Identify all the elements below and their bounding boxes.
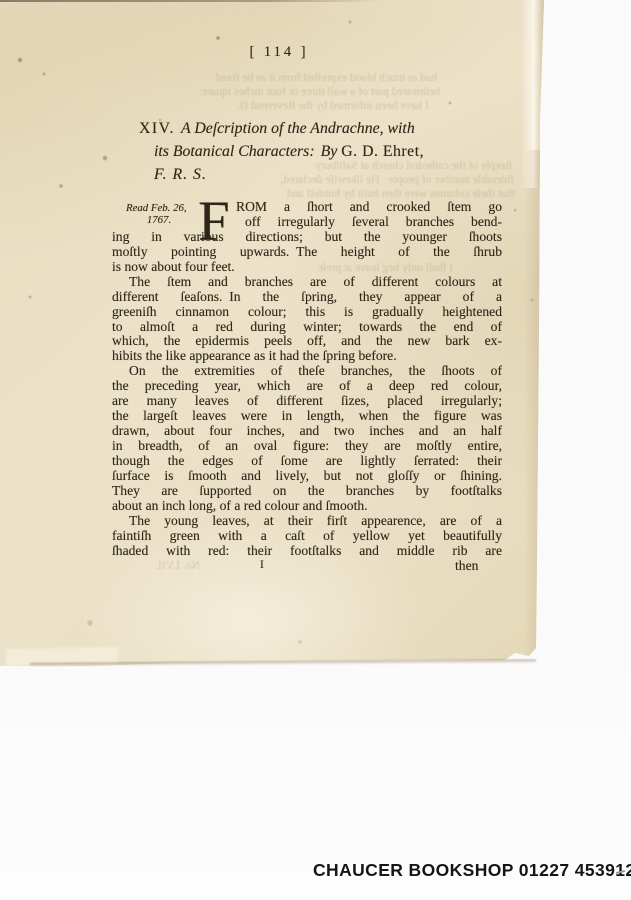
text-line: ſurface is ſmooth and lively, but not gl… bbox=[112, 469, 502, 484]
text-line: On the extremities of theſe branches, th… bbox=[112, 364, 502, 379]
bookshop-stamp: CHAUCER BOOKSHOP 01227 453912 bbox=[313, 860, 631, 881]
bleedthrough-line: fiderable number of people. He likewiſe … bbox=[252, 173, 514, 186]
heading-title-part-2: its Botanical Characters: bbox=[154, 143, 315, 160]
text-line: in breadth, of an oval figure: they are … bbox=[112, 439, 502, 454]
text-line: to almoſt a red during winter; towards t… bbox=[112, 320, 502, 335]
bleedthrough-line: beſmeared part of a wall three or four i… bbox=[188, 85, 440, 98]
text-line: different ſeaſons. In the ſpring, they a… bbox=[112, 290, 502, 305]
text-line: which, the epidermis peels off, and the … bbox=[112, 334, 502, 349]
text-line: drawn, about four inches, and two inches… bbox=[112, 424, 502, 439]
signature-mark: I bbox=[260, 559, 264, 571]
text-line: They are ſupported on the branches by fo… bbox=[112, 484, 502, 499]
heading-numeral: XIV. bbox=[139, 120, 175, 137]
bleedthrough-line: had as much blood expreſſed from it as b… bbox=[205, 71, 437, 84]
body-paragraph-1: ROM a ſhort and crooked ſtem gooff irreg… bbox=[112, 200, 502, 275]
body-paragraph-2: The ſtem and branches are of different c… bbox=[112, 275, 502, 365]
text-line: hibits the like appearance as it had the… bbox=[112, 349, 502, 364]
heading-author: G. D. Ehret, bbox=[341, 143, 424, 160]
text-line: ROM a ſhort and crooked ſtem go bbox=[112, 200, 502, 215]
text-line: is now about four feet. bbox=[112, 260, 502, 275]
text-line: moſtly pointing upwards. The height of t… bbox=[112, 245, 502, 260]
body-paragraph-3: On the extremities of theſe branches, th… bbox=[112, 364, 502, 513]
article-heading-line-3: F. R. S. bbox=[154, 166, 207, 184]
top-edge-shadow bbox=[0, 0, 380, 2]
text-line: though the edges of ſome are lightly ſer… bbox=[112, 454, 502, 469]
catchword: then bbox=[455, 558, 478, 574]
article-body: ROM a ſhort and crooked ſtem gooff irreg… bbox=[112, 200, 502, 559]
text-line: are many leaves of different ſizes, plac… bbox=[112, 394, 502, 409]
scanned-page: had as much blood expreſſed from it as b… bbox=[0, 0, 631, 900]
text-line: the preceding year, which are of a deep … bbox=[112, 379, 502, 394]
bleedthrough-line: No. LVII. bbox=[138, 559, 200, 572]
text-line: off irregularly ſeveral branches bend- bbox=[112, 215, 502, 230]
text-line: greeniſh cinnamon colour; this is gradua… bbox=[112, 305, 502, 320]
article-heading-line-1: XIV.A Deſcription of the Andrachne, with bbox=[139, 120, 415, 138]
text-line: ing in various directions; but the young… bbox=[112, 230, 502, 245]
right-edge-shading bbox=[524, 150, 544, 665]
article-heading-line-2: its Botanical Characters:ByG. D. Ehret, bbox=[154, 143, 424, 161]
bleedthrough-line: I have been informed by the Reverend D. bbox=[201, 99, 429, 112]
text-line: the largeſt leaves were in length, when … bbox=[112, 409, 502, 424]
text-line: about an inch long, of a red colour and … bbox=[112, 499, 502, 514]
heading-title-part-1: A Deſcription of the Andrachne, with bbox=[181, 120, 415, 137]
heading-by: By bbox=[321, 143, 338, 160]
text-line: The young leaves, at their firſt appeare… bbox=[112, 514, 502, 529]
text-line: ſhaded with red: their footſtalks and mi… bbox=[112, 544, 502, 559]
folio-number: [ 114 ] bbox=[233, 44, 325, 61]
body-paragraph-4: The young leaves, at their firſt appeare… bbox=[112, 514, 502, 559]
text-line: faintiſh green with a caſt of yellow yet… bbox=[112, 529, 502, 544]
text-line: The ſtem and branches are of different c… bbox=[112, 275, 502, 290]
